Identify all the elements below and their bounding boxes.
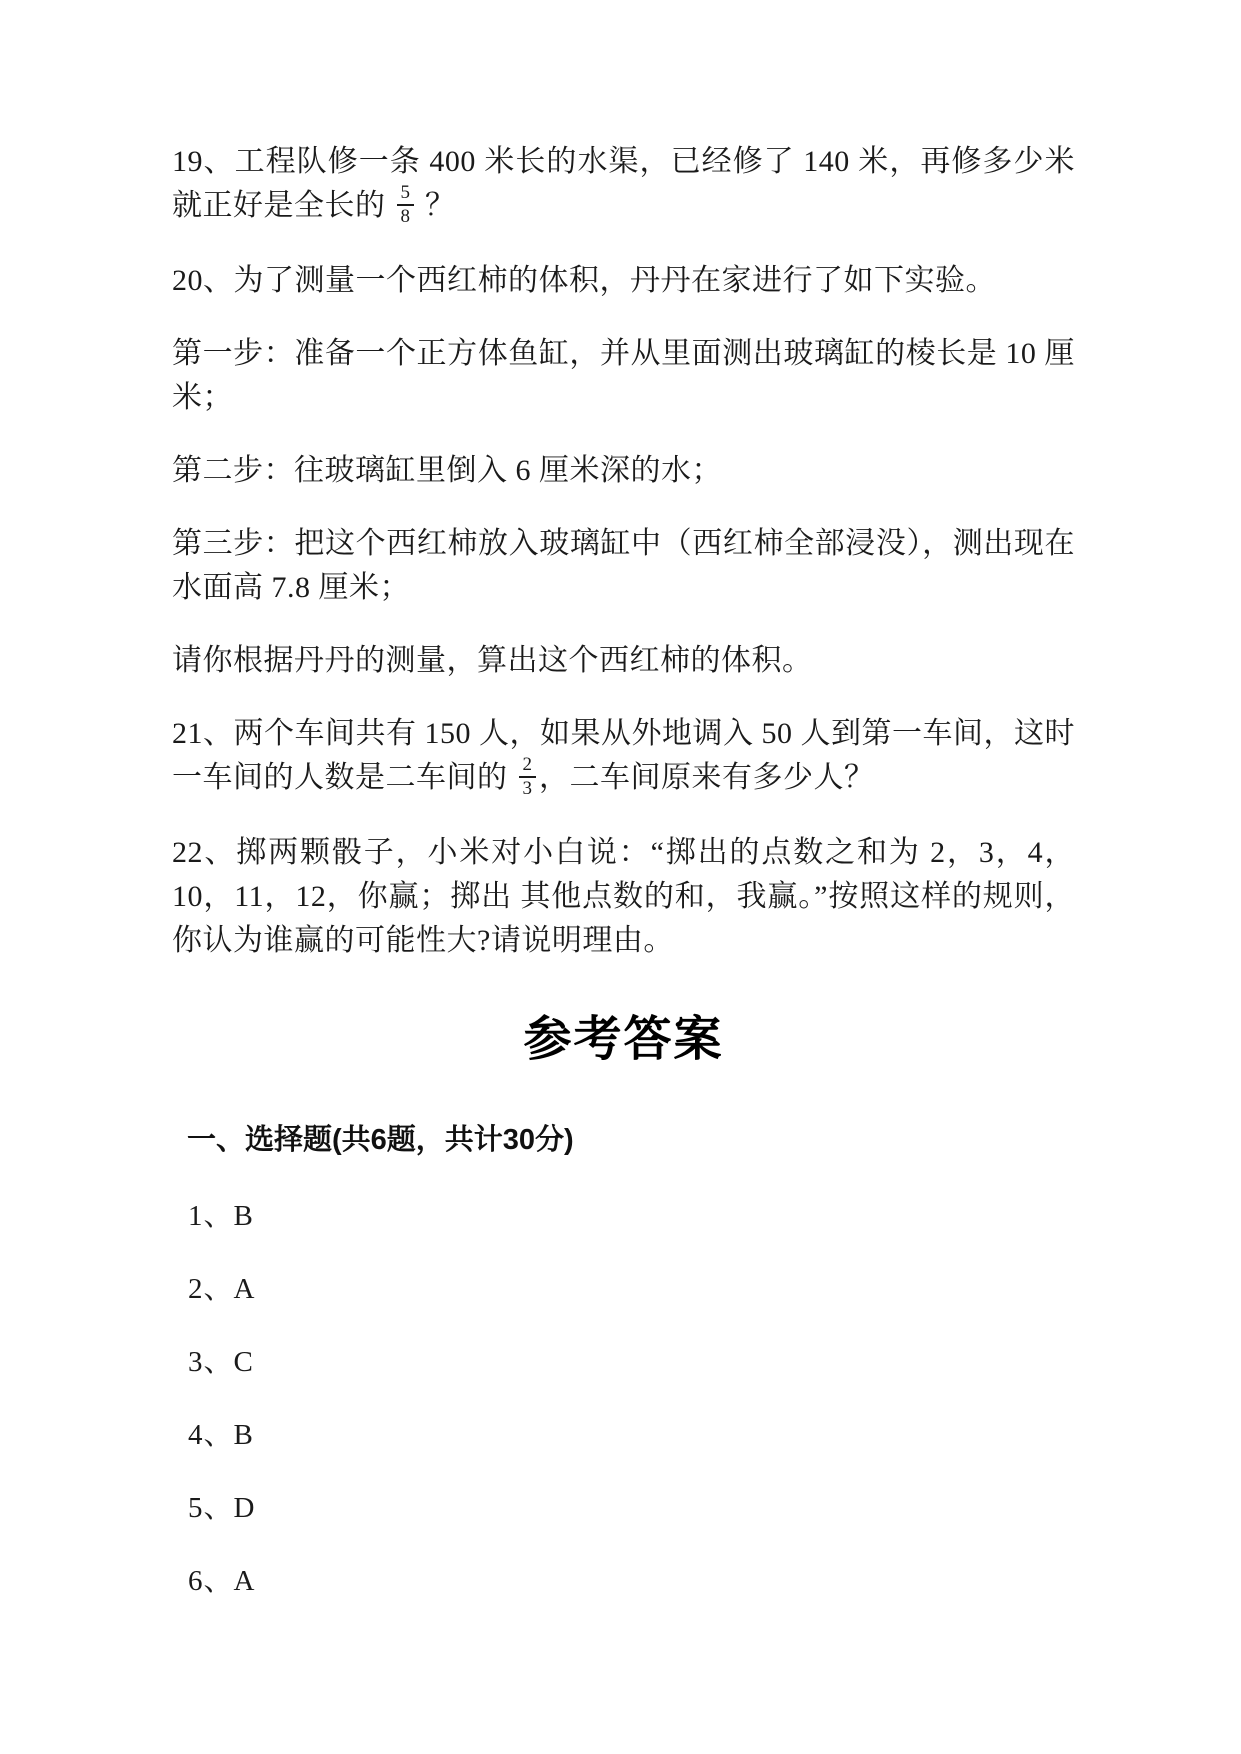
answer-item-2: 2、A <box>188 1274 1075 1304</box>
question-20-step-1: 第一步：准备一个正方体鱼缸，并从里面测出玻璃缸的棱长是 10 厘米； <box>172 332 1075 420</box>
answer-item-3: 3、C <box>188 1347 1075 1377</box>
fraction-5-8: 58 <box>397 183 415 227</box>
answer-item-5: 5、D <box>188 1493 1075 1523</box>
answers-list: 1、B 2、A 3、C 4、B 5、D 6、A <box>172 1201 1075 1596</box>
question-22: 22、掷两颗骰子，小米对小白说：“掷出的点数之和为 2，3，4，10，11，12… <box>172 831 1075 963</box>
question-19: 19、工程队修一条 400 米长的水渠，已经修了 140 米，再修多少米就正好是… <box>172 140 1075 230</box>
document-page: 19、工程队修一条 400 米长的水渠，已经修了 140 米，再修多少米就正好是… <box>0 0 1241 1754</box>
answer-item-4: 4、B <box>188 1420 1075 1450</box>
answer-item-6: 6、A <box>188 1566 1075 1596</box>
answers-section-title: 一、选择题(共6题，共计30分) <box>187 1123 1075 1157</box>
question-20-step-2: 第二步：往玻璃缸里倒入 6 厘米深的水； <box>172 449 1075 493</box>
fraction-2-3: 23 <box>519 755 537 799</box>
fraction-denominator: 8 <box>401 206 411 227</box>
fraction-denominator: 3 <box>523 778 533 799</box>
question-20-step-3: 第三步：把这个西红柿放入玻璃缸中（西红柿全部浸没），测出现在水面高 7.8 厘米… <box>172 522 1075 610</box>
fraction-numerator: 5 <box>397 183 415 206</box>
question-20-note: 请你根据丹丹的测量，算出这个西红柿的体积。 <box>172 639 1075 683</box>
answer-item-1: 1、B <box>188 1201 1075 1231</box>
question-21: 21、两个车间共有 150 人，如果从外地调入 50 人到第一车间，这时一车间的… <box>172 712 1075 802</box>
fraction-numerator: 2 <box>519 755 537 778</box>
answers-heading: 参考答案 <box>172 1009 1075 1071</box>
question-20: 20、为了测量一个西红柿的体积，丹丹在家进行了如下实验。 <box>172 259 1075 303</box>
